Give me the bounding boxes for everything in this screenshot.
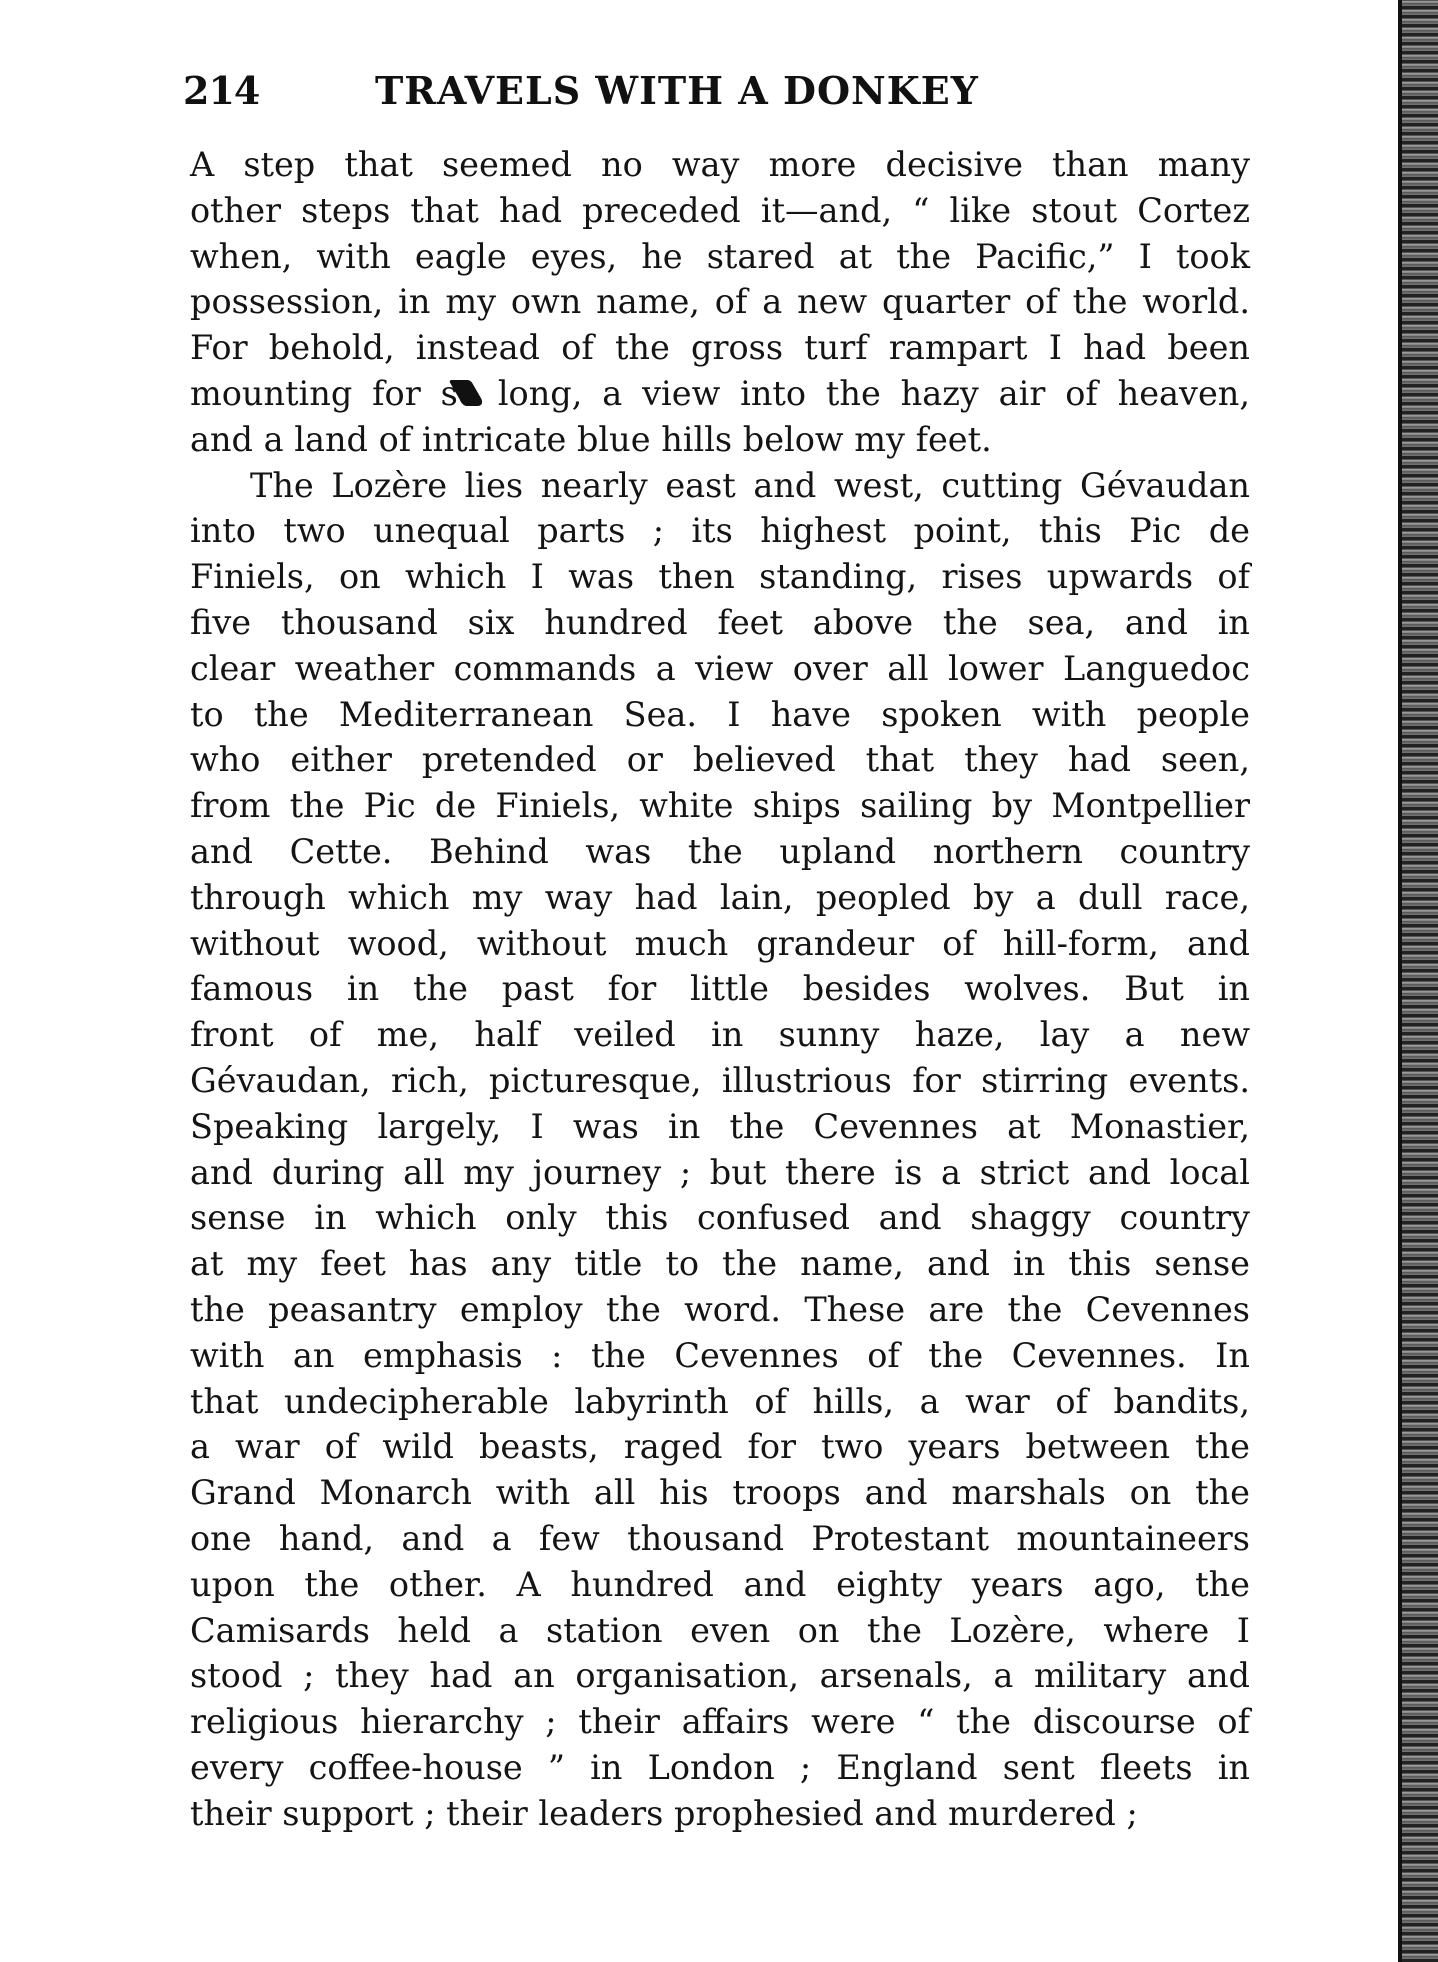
text-line: five thousand six hundred feet above the… (190, 600, 1250, 646)
paragraph: A step that seemed no way more decisive … (190, 142, 1250, 463)
text-line: mounting for so long, a view into the ha… (190, 371, 1250, 417)
text-line: without wood, without much grandeur of h… (190, 921, 1250, 967)
page-number: 214 (183, 68, 259, 113)
text-line: other steps that had preceded it—and, “ … (190, 188, 1250, 234)
text-line: and during all my journey ; but there is… (190, 1150, 1250, 1196)
text-line: into two unequal parts ; its highest poi… (190, 508, 1250, 554)
text-line: front of me, half veiled in sunny haze, … (190, 1012, 1250, 1058)
text-line: at my feet has any title to the name, an… (190, 1241, 1250, 1287)
text-line: possession, in my own name, of a new qua… (190, 279, 1250, 325)
text-line: to the Mediterranean Sea. I have spoken … (190, 692, 1250, 738)
text-line: with an emphasis : the Cevennes of the C… (190, 1333, 1250, 1379)
text-line: every coffee-house ” in London ; England… (190, 1745, 1250, 1791)
text-line: that undecipherable labyrinth of hills, … (190, 1379, 1250, 1425)
text-line: sense in which only this confused and sh… (190, 1195, 1250, 1241)
text-line: Gévaudan, rich, picturesque, illustrious… (190, 1058, 1250, 1104)
text-line: and a land of intricate blue hills below… (190, 417, 1250, 463)
text-line: For behold, instead of the gross turf ra… (190, 325, 1250, 371)
text-line: stood ; they had an organisation, arsena… (190, 1653, 1250, 1699)
page-binding-shadow (1402, 0, 1438, 1962)
text-line: through which my way had lain, peopled b… (190, 875, 1250, 921)
text-line: The Lozère lies nearly east and west, cu… (190, 463, 1250, 509)
paragraph: The Lozère lies nearly east and west, cu… (190, 463, 1250, 1837)
running-title: TRAVELS WITH A DONKEY (375, 68, 979, 113)
text-line: a war of wild beasts, raged for two year… (190, 1424, 1250, 1470)
text-line: famous in the past for little besides wo… (190, 966, 1250, 1012)
text-line: who either pretended or believed that th… (190, 737, 1250, 783)
text-line: their support ; their leaders prophesied… (190, 1791, 1250, 1837)
text-line: Finiels, on which I was then standing, r… (190, 554, 1250, 600)
text-line: when, with eagle eyes, he stared at the … (190, 234, 1250, 280)
book-page: 214 TRAVELS WITH A DONKEY A step that se… (0, 0, 1438, 1962)
text-line: from the Pic de Finiels, white ships sai… (190, 783, 1250, 829)
text-line: and Cette. Behind was the upland norther… (190, 829, 1250, 875)
text-line: Camisards held a station even on the Loz… (190, 1608, 1250, 1654)
text-line: religious hierarchy ; their affairs were… (190, 1699, 1250, 1745)
text-line: the peasantry employ the word. These are… (190, 1287, 1250, 1333)
text-line: Grand Monarch with all his troops and ma… (190, 1470, 1250, 1516)
text-line: upon the other. A hundred and eighty yea… (190, 1562, 1250, 1608)
text-line: clear weather commands a view over all l… (190, 646, 1250, 692)
text-line: Speaking largely, I was in the Cevennes … (190, 1104, 1250, 1150)
text-line: one hand, and a few thousand Protestant … (190, 1516, 1250, 1562)
text-line: A step that seemed no way more decisive … (190, 142, 1250, 188)
running-header: 214 TRAVELS WITH A DONKEY (183, 68, 1063, 128)
body-text: A step that seemed no way more decisive … (190, 142, 1250, 1836)
